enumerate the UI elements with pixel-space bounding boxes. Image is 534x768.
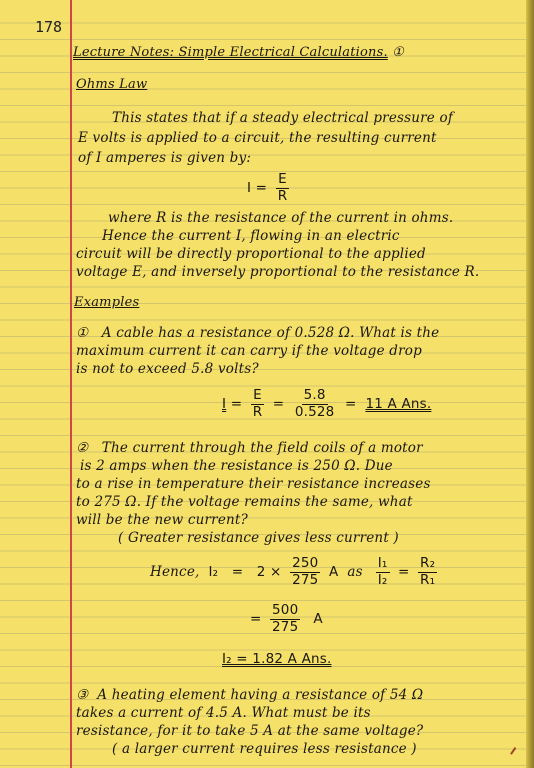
numerator: E [251,388,264,405]
equals-sign: = [232,564,244,580]
example-2-text: The current through the field coils of a… [102,440,423,456]
denominator: 275 [290,573,320,589]
equals-sign: = [250,611,262,627]
binding-edge [526,0,534,768]
calc-fraction-e-r: E R [251,388,265,420]
example-3-number: ③ [76,687,88,703]
equals-sign: = [398,564,410,580]
example-1-line: ① A cable has a resistance of 0.528 Ω. W… [76,325,439,341]
equals-sign: = [345,396,357,412]
example-2-calculation-1: Hence, I₂ = 2 × 250 275 A as I₁ I₂ = R₂ … [150,556,441,588]
example-3-line: ③ A heating element having a resistance … [76,687,423,703]
calc-lhs: I₂ [208,564,218,580]
example-1-calculation: I = E R = 5.8 0.528 = 11 A Ans. [222,388,431,420]
calc-lhs: I [222,396,226,412]
ratio-resistances: R₂ R₁ [418,556,437,588]
formula-numerator: E [276,172,289,189]
denominator: I₂ [376,573,390,589]
ratio-currents: I₁ I₂ [376,556,390,588]
example-1-answer: 11 A Ans. [365,396,431,412]
page-number: 178 [35,18,62,36]
margin-line [70,0,72,768]
title-text: Lecture Notes: Simple Electrical Calcula… [73,45,388,60]
formula-denominator: R [276,189,290,205]
example-2-calculation-2: = 500 275 A [250,603,323,635]
ohms-formula: I = E R [247,172,293,204]
title-circled-number: ① [392,45,404,60]
example-1-text: A cable has a resistance of 0.528 Ω. Wha… [102,325,440,341]
calc-as: as [347,564,362,580]
example-2-number: ② [76,440,88,456]
section-heading-ohms-law: Ohms Law [76,77,147,92]
ohms-para2-line: Hence the current I, flowing in an elect… [102,228,400,244]
pencil-tick-mark [510,747,516,754]
numerator: 500 [270,603,300,620]
example-3-line: takes a current of 4.5 A. What must be i… [76,705,371,721]
calc-fraction: 250 275 [290,556,320,588]
ohms-para2-line: circuit will be directly proportional to… [76,246,426,262]
denominator: R [251,405,265,421]
example-1-number: ① [76,325,88,341]
notebook-page: 178 Lecture Notes: Simple Electrical Cal… [0,0,534,768]
denominator: 0.528 [293,405,337,421]
ohms-para2-line: where R is the resistance of the current… [108,210,453,226]
ohms-para2-line: voltage E, and inversely proportional to… [76,264,479,280]
page-title: Lecture Notes: Simple Electrical Calcula… [73,45,404,60]
denominator: R₁ [418,573,437,589]
calc-multiplier: 2 × [257,564,282,580]
unit: A [313,611,322,627]
example-3-text: A heating element having a resistance of… [97,687,423,703]
calc-fraction-values: 5.8 0.528 [293,388,337,420]
example-1-line: maximum current it can carry if the volt… [76,343,422,359]
numerator: 5.8 [302,388,328,405]
example-2-line: will be the new current? [76,512,248,528]
example-2-line: is 2 amps when the resistance is 250 Ω. … [80,458,393,474]
example-2-line: to 275 Ω. If the voltage remains the sam… [76,494,413,510]
equals-sign: = [273,396,285,412]
example-2-line: to a rise in temperature their resistanc… [76,476,431,492]
denominator: 275 [270,620,300,636]
ohms-para1-line: E volts is applied to a circuit, the res… [78,130,437,146]
formula-fraction: E R [276,172,290,204]
example-3-note: ( a larger current requires less resista… [112,741,417,757]
numerator: I₁ [376,556,390,573]
example-3-line: resistance, for it to take 5 A at the sa… [76,723,423,739]
example-2-note: ( Greater resistance gives less current … [118,530,399,546]
numerator: 250 [290,556,320,573]
calc-prefix: Hence, [150,564,200,580]
ohms-para1-line: of I amperes is given by: [78,150,251,166]
example-1-line: is not to exceed 5.8 volts? [76,361,259,377]
calc-fraction: 500 275 [270,603,300,635]
example-2-line: ② The current through the field coils of… [76,440,423,456]
example-2-answer: I₂ = 1.82 A Ans. [222,651,331,667]
formula-lhs: I = [247,180,267,196]
unit: A [329,564,338,580]
section-heading-examples: Examples [74,295,139,310]
equals-sign: = [231,396,243,412]
ohms-para1-line: This states that if a steady electrical … [112,110,453,126]
numerator: R₂ [418,556,437,573]
